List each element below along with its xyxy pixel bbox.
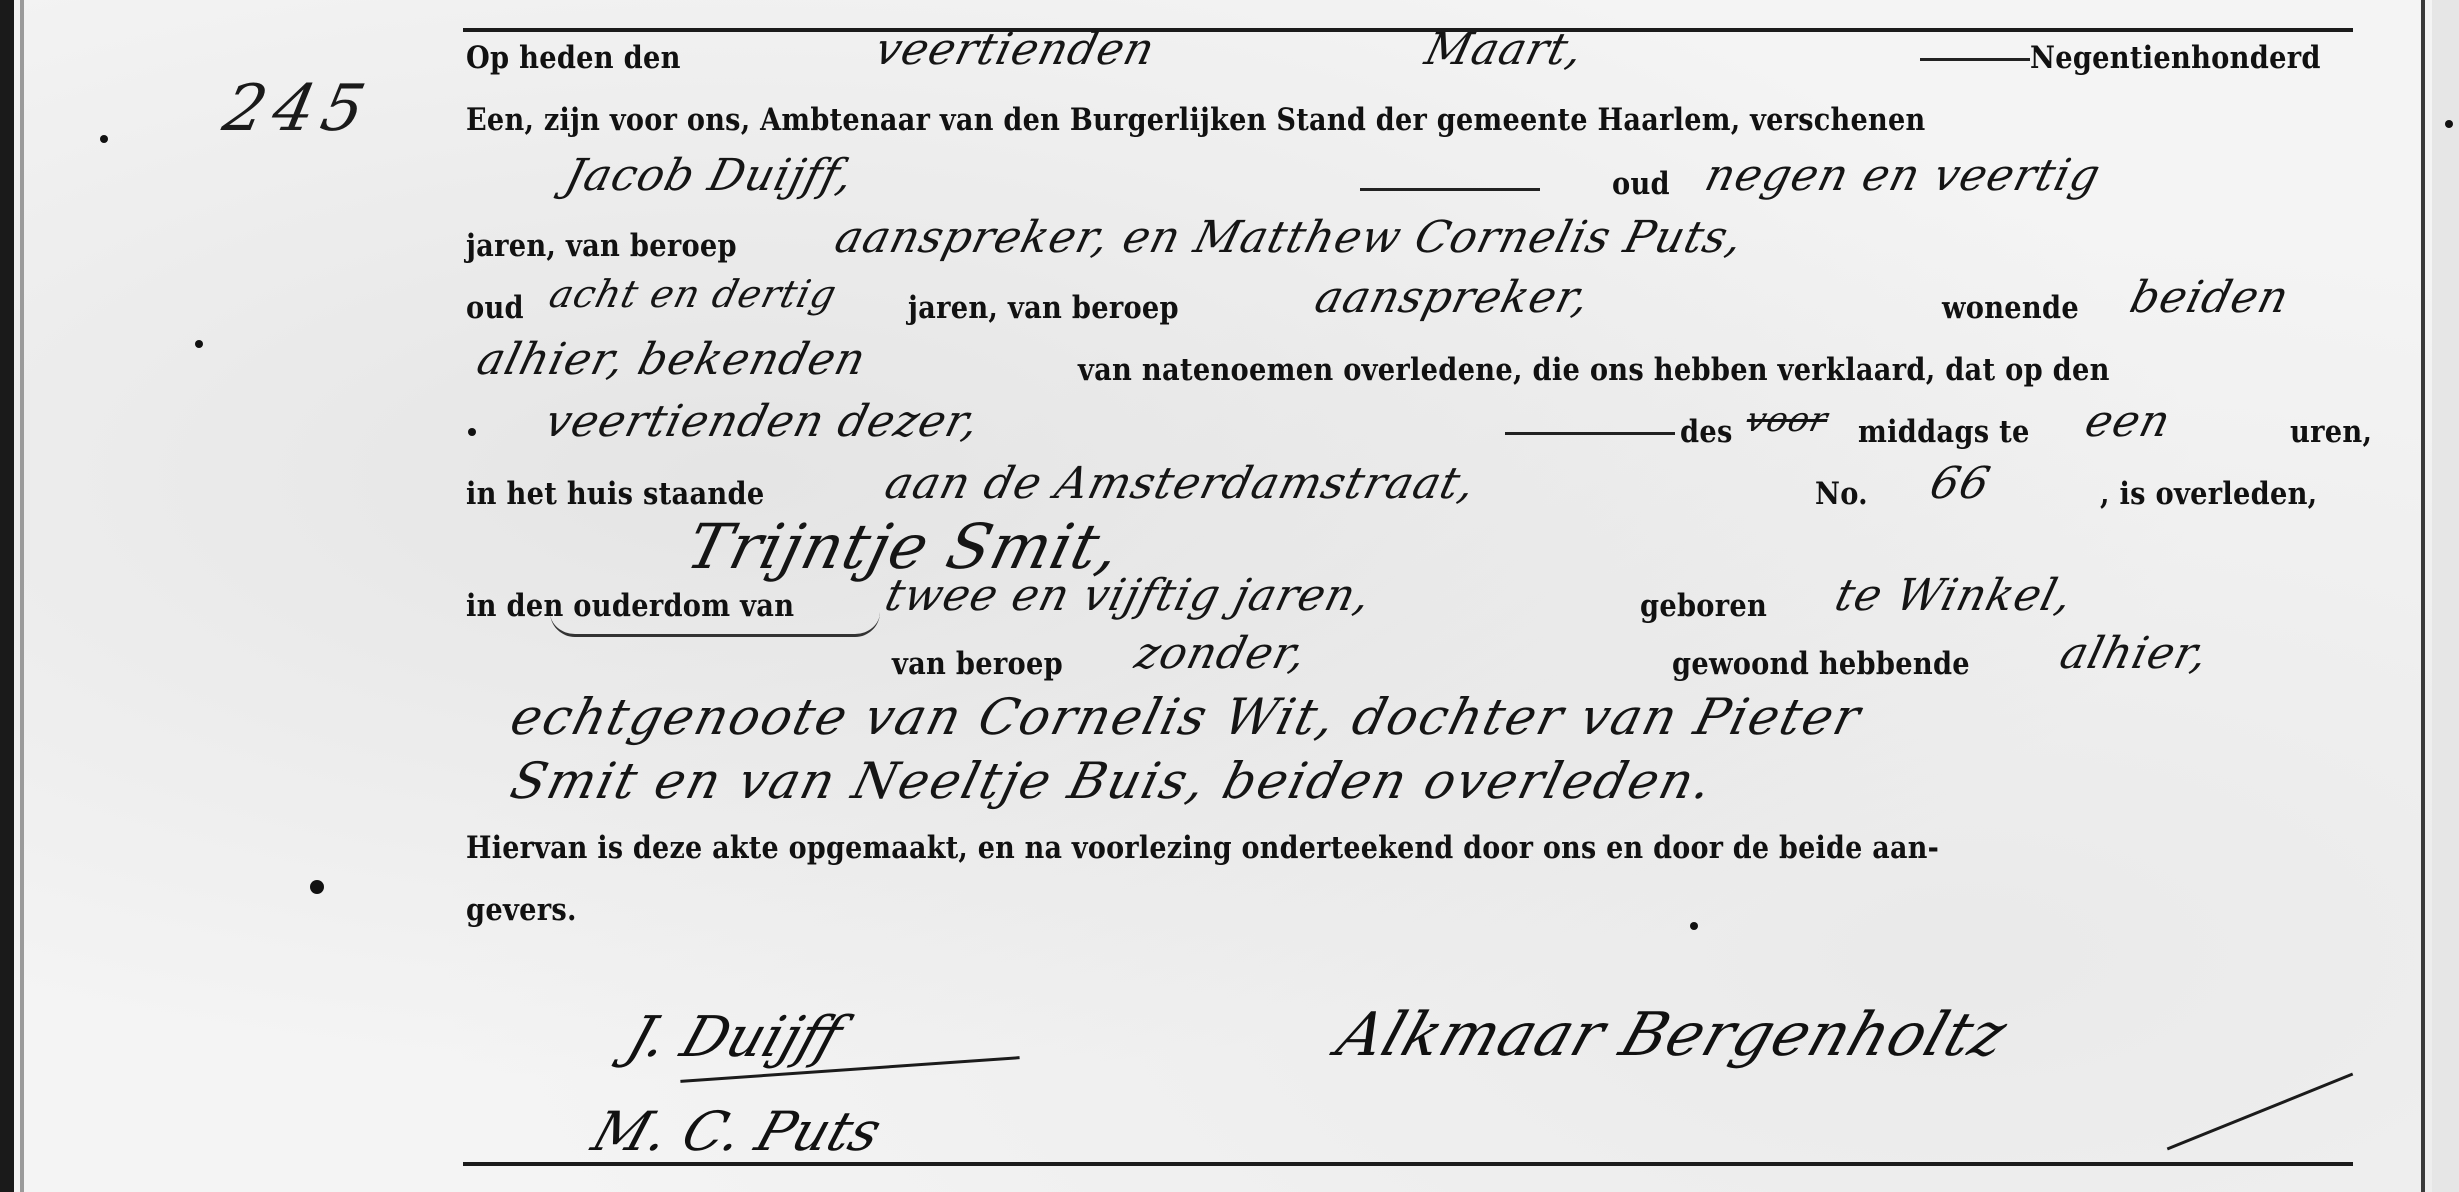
printed-wonende: wonende bbox=[1942, 290, 2079, 326]
handwritten-house-number: 66 bbox=[1925, 458, 1996, 509]
printed-van-beroep-3: van beroep bbox=[892, 646, 1063, 682]
printed-jaren-van-beroep: jaren, van beroep bbox=[466, 228, 737, 264]
signature-official: Alkmaar Bergenholtz bbox=[1329, 1000, 2016, 1070]
printed-oud: oud bbox=[1612, 166, 1670, 202]
handwritten-month: Maart, bbox=[1420, 24, 1589, 75]
handwritten-declarant1-occupation: aanspreker, en Matthew Cornelis Puts, bbox=[830, 212, 1749, 263]
signature-declarant2: M. C. Puts bbox=[585, 1100, 889, 1163]
printed-hiervan-closing: Hiervan is deze akte opgemaakt, en na vo… bbox=[466, 830, 1939, 866]
printed-op-heden-den: Op heden den bbox=[466, 40, 681, 76]
printed-gevers: gevers. bbox=[466, 892, 577, 928]
signature-declarant1: J. Duijff bbox=[619, 1005, 850, 1070]
printed-des: des bbox=[1680, 414, 1733, 450]
printed-is-overleden: , is overleden, bbox=[2100, 476, 2317, 512]
filler-dash bbox=[1360, 188, 1540, 191]
handwritten-day: veertienden bbox=[870, 24, 1160, 75]
top-separator-rule bbox=[463, 28, 2353, 32]
handwritten-death-day: veertienden dezer, bbox=[540, 396, 985, 447]
handwritten-struck-prefix: voor bbox=[1742, 400, 1832, 440]
printed-geboren: geboren bbox=[1640, 588, 1767, 624]
handwritten-declarant1-name: Jacob Duijff, bbox=[560, 150, 859, 201]
ink-dot bbox=[2445, 120, 2453, 128]
handwritten-declarant1-age: negen en veertig bbox=[1700, 150, 2106, 201]
bottom-separator-rule bbox=[463, 1162, 2353, 1166]
record-number: 245 bbox=[217, 72, 379, 146]
printed-van-natenoemen: van natenoemen overledene, die ons hebbe… bbox=[1078, 352, 2110, 388]
printed-no: No. bbox=[1815, 476, 1868, 512]
document-page: 245 Op heden den veertienden Maart, Nege… bbox=[0, 0, 2459, 1192]
printed-oud-2: oud bbox=[466, 290, 524, 326]
scan-right-margin bbox=[2432, 0, 2459, 1192]
handwritten-deceased-occupation: zonder, bbox=[1130, 628, 1312, 679]
ink-dot bbox=[195, 340, 203, 348]
page-right-border bbox=[2421, 0, 2425, 1192]
ink-dot bbox=[100, 135, 108, 143]
ink-dot bbox=[310, 880, 324, 894]
printed-middags-te: middags te bbox=[1858, 414, 2030, 450]
bracket-curve bbox=[550, 612, 880, 637]
handwritten-deceased-age: twee en vijftig jaren, bbox=[880, 570, 1377, 621]
ink-dot bbox=[468, 428, 476, 436]
printed-een-zijn-voor-ons: Een, zijn voor ons, Ambtenaar van den Bu… bbox=[466, 102, 1926, 138]
filler-dash bbox=[1505, 432, 1675, 435]
handwritten-street: aan de Amsterdamstraat, bbox=[880, 458, 1481, 509]
printed-jaren-van-beroep-2: jaren, van beroep bbox=[908, 290, 1179, 326]
filler-dash bbox=[1920, 58, 2030, 61]
ink-dot bbox=[1690, 922, 1698, 930]
handwritten-residence-cont: alhier, bekenden bbox=[472, 334, 871, 385]
handwritten-relations-line2: Smit en van Neeltje Buis, beiden overled… bbox=[505, 752, 1720, 810]
handwritten-relations-line1: echtgenoote van Cornelis Wit, dochter va… bbox=[505, 688, 1868, 746]
scan-left-edge bbox=[0, 0, 14, 1192]
printed-gewoond-hebbende: gewoond hebbende bbox=[1672, 646, 1970, 682]
handwritten-birthplace: te Winkel, bbox=[1830, 570, 2078, 621]
printed-uren: uren, bbox=[2290, 414, 2372, 450]
printed-negentienhonderd: Negentienhonderd bbox=[2030, 40, 2321, 76]
handwritten-declarant2-occupation: aanspreker, bbox=[1310, 272, 1595, 323]
handwritten-declarant2-age: acht en dertig bbox=[545, 272, 842, 316]
handwritten-last-residence: alhier, bbox=[2055, 628, 2214, 679]
signature-official-flourish bbox=[2167, 1073, 2354, 1151]
scan-left-edge-shadow bbox=[20, 0, 24, 1192]
handwritten-hour: een bbox=[2080, 396, 2176, 447]
handwritten-residence: beiden bbox=[2125, 272, 2295, 323]
printed-in-het-huis-staande: in het huis staande bbox=[466, 476, 764, 512]
